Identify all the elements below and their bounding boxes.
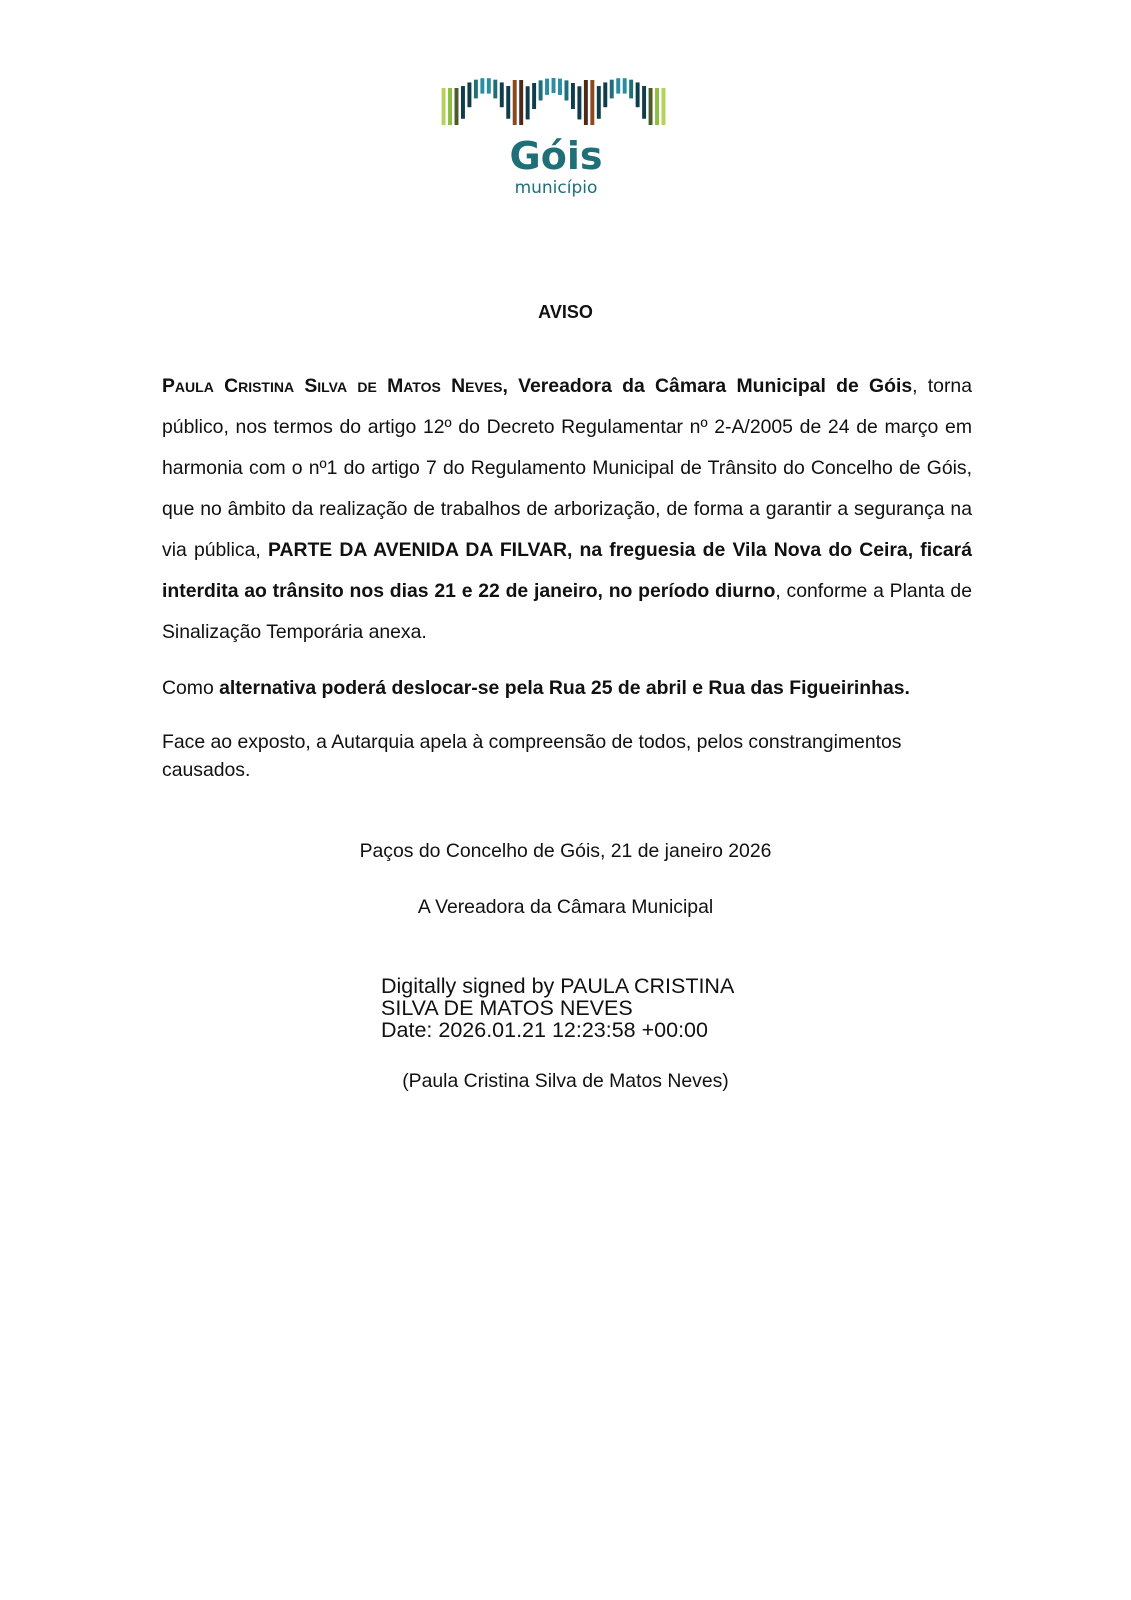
signer-name: (Paula Cristina Silva de Matos Neves) — [0, 1070, 1131, 1093]
place-date: Paços do Concelho de Góis, 21 de janeiro… — [0, 840, 1131, 863]
alternative-route: alternativa poderá deslocar-se pela Rua … — [219, 677, 910, 699]
notice-paragraph: Paula Cristina Silva de Matos Neves, Ver… — [162, 366, 972, 653]
alternative-route-paragraph: Como alternativa poderá deslocar-se pela… — [162, 674, 972, 702]
document-title: AVISO — [0, 302, 1131, 323]
signatory-role: A Vereadora da Câmara Municipal — [0, 896, 1131, 919]
logo-subtitle: município — [440, 178, 672, 198]
digital-signature: Digitally signed by PAULA CRISTINA SILVA… — [381, 975, 734, 1041]
signature-line-3: Date: 2026.01.21 12:23:58 +00:00 — [381, 1019, 734, 1041]
signature-line-2: SILVA DE MATOS NEVES — [381, 997, 734, 1019]
gois-municipio-logo: Góis município — [440, 70, 672, 200]
alternative-intro: Como — [162, 677, 219, 699]
bridge-arches-icon — [440, 70, 672, 130]
official-name: Paula Cristina Silva de Matos Neves, — [162, 375, 508, 397]
official-role: Vereadora da Câmara Municipal de Góis — [508, 375, 912, 397]
signature-line-1: Digitally signed by PAULA CRISTINA — [381, 975, 734, 997]
apology-paragraph: Face ao exposto, a Autarquia apela à com… — [162, 728, 972, 784]
document-page: Góis município AVISO Paula Cristina Silv… — [0, 0, 1131, 1600]
notice-text-1: , torna público, nos termos do artigo 12… — [162, 375, 972, 561]
logo-name: Góis — [440, 134, 672, 178]
